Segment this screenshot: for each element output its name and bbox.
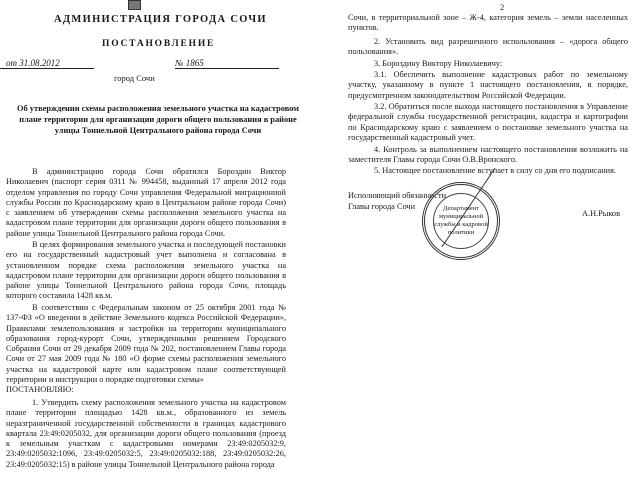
document-city: город Сочи [114, 73, 155, 83]
item-1-continued: Сочи, в территориальной зоне – Ж-4, кате… [348, 13, 628, 34]
decree-word: ПОСТАНОВЛЯЮ: [6, 385, 286, 395]
seal-text: Департамент муниципальной службы и кадро… [433, 193, 489, 249]
item-4: 4. Контроль за выполнением настоящего по… [348, 145, 628, 166]
item-2: 2. Установить вид разрешенного использов… [348, 37, 628, 58]
signatory-name: А.Н.Рыков [582, 209, 620, 218]
document-page-1: АДМИНИСТРАЦИЯ ГОРОДА СОЧИ ПОСТАНОВЛЕНИЕ … [0, 0, 320, 480]
document-date: от 31.08.2012 [0, 58, 94, 69]
paragraph-request: В администрацию города Сочи обратился Бо… [6, 167, 286, 239]
page-number: 2 [500, 2, 504, 12]
item-3: 3. Бороздину Виктору Николаевичу: [348, 59, 628, 69]
paragraph-legal-basis: В соответствии с Федеральным законом от … [6, 303, 286, 385]
document-number: № 1865 [175, 58, 279, 69]
item-5: 5. Настоящее постановление вступает в си… [348, 166, 628, 176]
organization-header: АДМИНИСТРАЦИЯ ГОРОДА СОЧИ [54, 14, 267, 25]
document-title: Об утверждении схемы расположения земель… [10, 103, 306, 136]
document-type: ПОСТАНОВЛЕНИЕ [102, 39, 215, 49]
coat-of-arms-icon [128, 0, 141, 10]
official-seal-icon: Департамент муниципальной службы и кадро… [422, 182, 500, 260]
item-1: 1. Утвердить схему расположения земельно… [6, 398, 286, 470]
item-3-1: 3.1. Обеспечить выполнение кадастровых р… [348, 70, 628, 101]
item-3-2: 3.2. Обратиться после выхода настоящего … [348, 102, 628, 143]
paragraph-purpose: В целях формирования земельного участка … [6, 240, 286, 302]
